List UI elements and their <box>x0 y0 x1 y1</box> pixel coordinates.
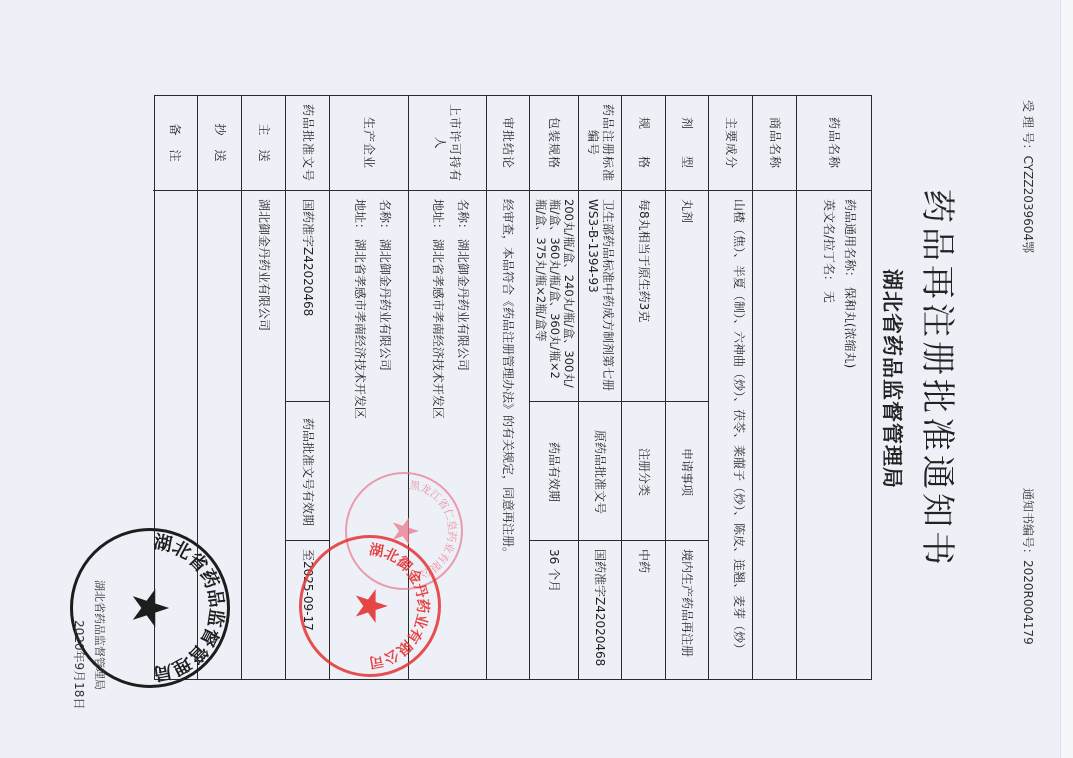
value-trade-name <box>753 191 796 679</box>
value-ingredients: 山楂（焦）、半夏（制）、六神曲（炒）、茯苓、莱菔子（炒）、陈皮、连翘、麦芽（炒） <box>709 191 752 679</box>
receipt-number: 受 理 号：CYZZ2039604鄂 <box>1020 100 1037 253</box>
company-seal-star-icon: ★ <box>348 586 392 625</box>
label-cc: 抄 送 <box>198 96 241 191</box>
value-registration-class: 中药 <box>622 541 665 679</box>
agency-name: 湖北省药品监督管理局 <box>878 0 908 758</box>
approval-notice-document: 受 理 号：CYZZ2039604鄂 通知书编号：2020R004179 药品再… <box>0 0 1073 758</box>
receipt-value: CYZZ2039604鄂 <box>1021 156 1035 253</box>
document-title: 药品再注册批准通知书 <box>916 0 965 758</box>
notice-number: 通知书编号：2020R004179 <box>1020 488 1037 645</box>
label-drug-name: 药品名称 <box>797 96 871 191</box>
issue-date: 2020年9月18日 <box>71 620 88 709</box>
label-registration-class: 注册分类 <box>622 404 665 541</box>
table-row-drug-name: 药品名称 药品通用名称： 保和丸(浓缩丸) 英文名/拉丁名： 无 <box>796 96 871 679</box>
table-row-trade-name: 商品名称 <box>752 96 796 679</box>
table-row-ingredients: 主要成分 山楂（焦）、半夏（制）、六神曲（炒）、茯苓、莱菔子（炒）、陈皮、连翘、… <box>708 96 752 679</box>
value-conclusion: 经审查，本品符合《药品注册管理办法》的有关规定，同意再注册。 <box>487 191 529 679</box>
label-specification: 规 格 <box>622 96 665 191</box>
label-shelf-life: 药品有效期 <box>530 404 578 541</box>
label-mah: 上市许可持有人 <box>409 96 486 191</box>
label-main-recipient: 主 送 <box>242 96 285 191</box>
table-row-standard: 药品注册标准编号 卫生部药品标准中药成方制剂第七册WS3-B-1394-93 原… <box>578 96 621 679</box>
notice-label: 通知书编号： <box>1021 488 1035 560</box>
label-trade-name: 商品名称 <box>753 96 796 191</box>
table-row-packaging: 包装规格 200丸/瓶/盒、240丸/瓶/盒、300丸/瓶/盒、360丸/瓶/盒… <box>529 96 578 679</box>
value-main-recipient: 湖北御金丹药业有限公司 <box>242 191 285 679</box>
table-row-specification: 规 格 每8丸相当于原生药3克 注册分类 中药 <box>621 96 665 679</box>
english-name: 英文名/拉丁名： 无 <box>821 199 836 671</box>
value-packaging: 200丸/瓶/盒、240丸/瓶/盒、300丸/瓶/盒、360丸/瓶/盒、360丸… <box>530 191 578 402</box>
value-dosage-form: 丸剂 <box>666 191 708 402</box>
notice-value: 2020R004179 <box>1021 560 1035 645</box>
label-remarks: 备 注 <box>153 96 197 191</box>
signer-name: 湖北省药品监督管理局 <box>92 580 108 690</box>
receipt-label: 受 理 号： <box>1021 100 1035 156</box>
value-approval-number: 国药准字Z42020468 <box>286 191 329 402</box>
approval-table: 药品名称 药品通用名称： 保和丸(浓缩丸) 英文名/拉丁名： 无 商品名称 主要… <box>154 95 872 680</box>
label-approval-number: 药品批准文号 <box>286 96 329 191</box>
company-seal: 湖北御金丹药业有限公司 ★ <box>299 535 441 677</box>
value-application-type: 境内生产药品再注册 <box>666 541 708 679</box>
value-specification: 每8丸相当于原生药3克 <box>622 191 665 402</box>
label-manufacturer: 生产企业 <box>330 96 408 191</box>
generic-name: 药品通用名称： 保和丸(浓缩丸) <box>842 199 857 671</box>
label-conclusion: 审批结论 <box>487 96 529 191</box>
mah-name: 名称： 湖北御金丹药业有限公司 <box>455 199 470 671</box>
label-dosage-form: 剂 型 <box>666 96 708 191</box>
value-original-approval: 国药准字Z42020468 <box>579 541 621 679</box>
official-seal-star-icon: ★ <box>125 586 175 631</box>
label-packaging: 包装规格 <box>530 96 578 191</box>
table-row-main-recipient: 主 送 湖北御金丹药业有限公司 <box>241 96 285 679</box>
value-standard: 卫生部药品标准中药成方制剂第七册WS3-B-1394-93 <box>579 191 621 402</box>
signature-block: 湖北省药品监督管理局 2020年9月18日 <box>71 620 88 709</box>
value-shelf-life: 36 个月 <box>530 541 578 679</box>
label-ingredients: 主要成分 <box>709 96 752 191</box>
table-row-conclusion: 审批结论 经审查，本品符合《药品注册管理办法》的有关规定，同意再注册。 <box>486 96 529 679</box>
label-approval-validity: 药品批准文号有效期 <box>286 404 329 541</box>
label-standard: 药品注册标准编号 <box>579 96 621 191</box>
value-drug-name: 药品通用名称： 保和丸(浓缩丸) 英文名/拉丁名： 无 <box>797 191 871 679</box>
label-original-approval: 原药品批准文号 <box>579 404 621 541</box>
label-application-type: 申请事项 <box>666 404 708 541</box>
table-row-dosage-form: 剂 型 丸剂 申请事项 境内生产药品再注册 <box>665 96 708 679</box>
